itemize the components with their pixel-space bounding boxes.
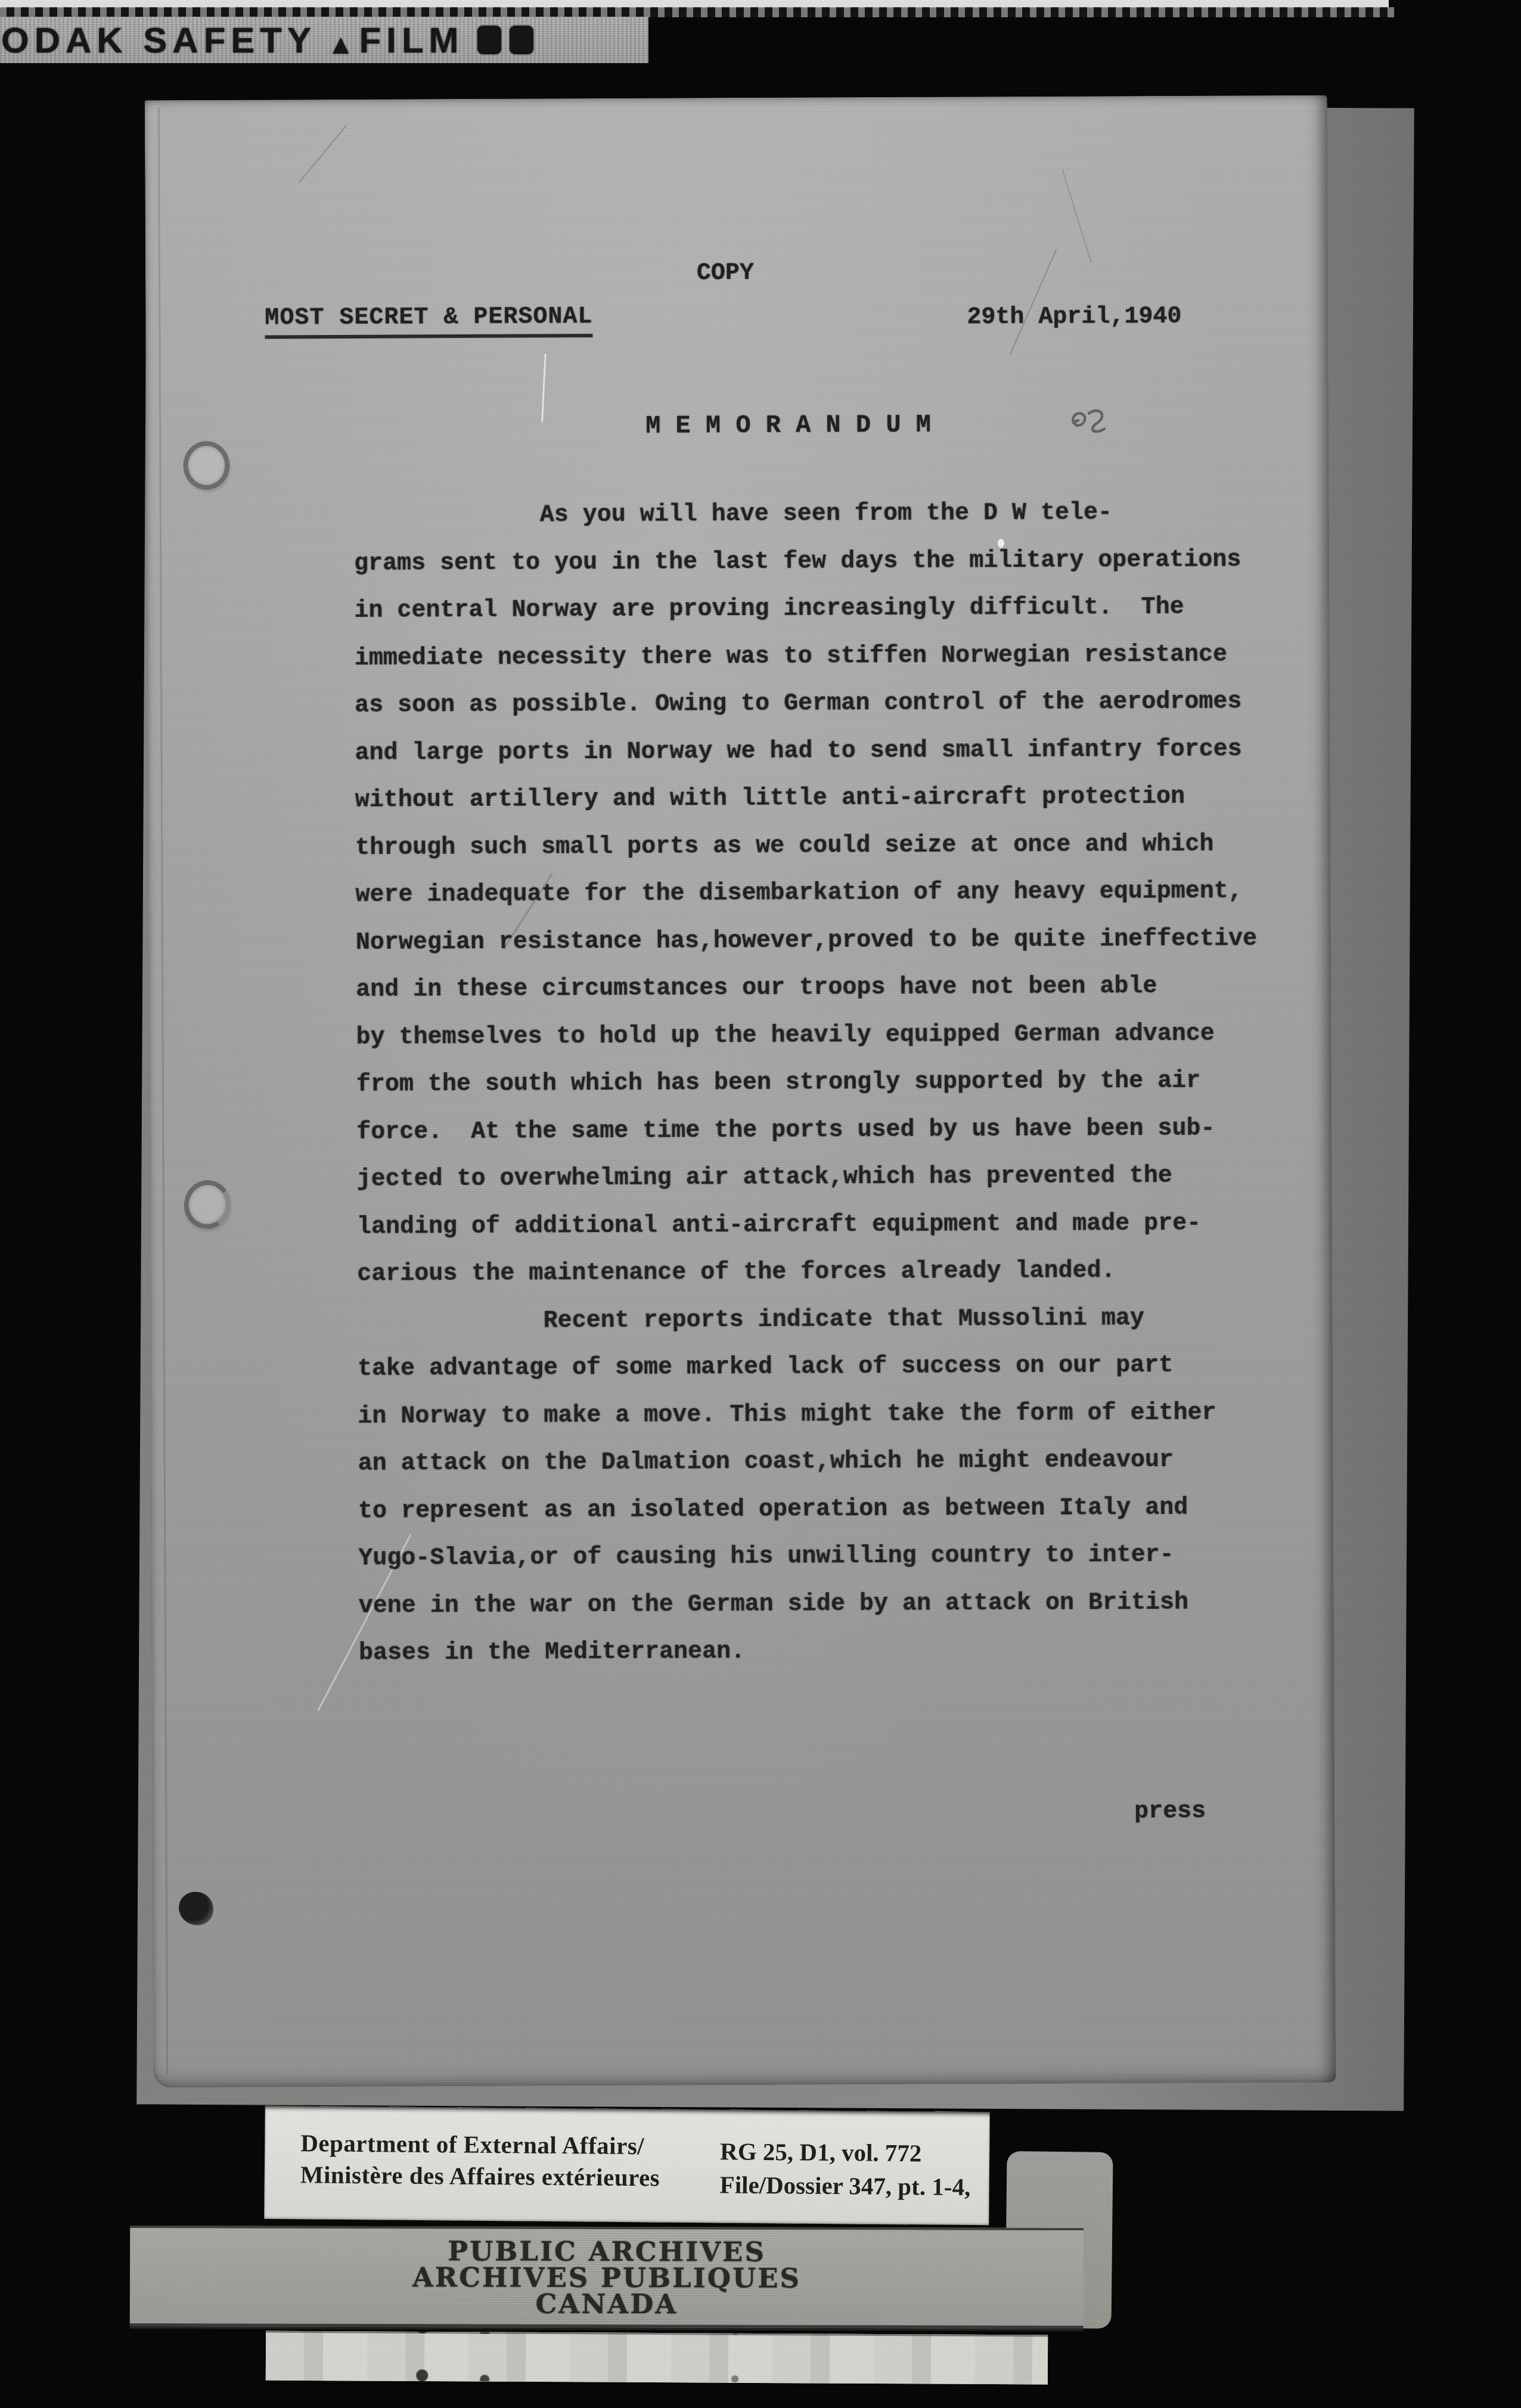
film-frame-marker-icon bbox=[477, 26, 501, 54]
memorandum-page: COPY MOST SECRET & PERSONAL 29th April,1… bbox=[145, 95, 1336, 2088]
record-group-reference: RG 25, D1, vol. 772 bbox=[720, 2134, 971, 2170]
department-name-french: Ministère des Affaires extérieures bbox=[300, 2159, 660, 2193]
public-archives-stamp: PUBLIC ARCHIVES ARCHIVES PUBLIQUES CANAD… bbox=[130, 2226, 1084, 2329]
paper-strip-fragment bbox=[266, 2331, 1048, 2385]
archive-reference-label: Department of External Affairs/ Ministèr… bbox=[264, 2106, 990, 2226]
film-scratch bbox=[299, 125, 347, 182]
film-edge-text-left: ODAK SAFETY bbox=[1, 20, 316, 61]
kodak-film-edge-marking: ODAK SAFETY ▲ FILM bbox=[0, 17, 648, 63]
film-frame-marker-icon bbox=[510, 26, 533, 54]
department-name-english: Department of External Affairs/ bbox=[300, 2127, 660, 2162]
document-date: 29th April,1940 bbox=[967, 303, 1181, 331]
ink-blot bbox=[179, 1892, 213, 1925]
handwritten-squiggle-icon bbox=[1069, 402, 1112, 439]
punch-hole bbox=[179, 1176, 235, 1233]
catchword: press bbox=[1134, 1798, 1206, 1826]
copy-label: COPY bbox=[697, 260, 754, 287]
film-edge-texture bbox=[0, 7, 1395, 17]
paper-crease bbox=[158, 107, 168, 2074]
film-scratch bbox=[1061, 169, 1092, 263]
film-scratch bbox=[541, 353, 547, 422]
film-scratch bbox=[1009, 249, 1057, 356]
classification-heading: MOST SECRET & PERSONAL bbox=[265, 303, 592, 339]
memorandum-title: M E M O R A N D U M bbox=[645, 411, 931, 440]
punch-hole bbox=[183, 441, 229, 490]
memorandum-body: As you will have seen from the D W tele-… bbox=[354, 489, 1261, 1677]
microfilm-frame: ODAK SAFETY ▲ FILM COPY MOST SECRET & PE… bbox=[0, 0, 1521, 2408]
file-dossier-reference: File/Dossier 347, pt. 1-4, bbox=[719, 2168, 970, 2204]
film-edge-text-right: FILM bbox=[359, 20, 464, 61]
archives-stamp-line3: CANADA bbox=[130, 2290, 1084, 2319]
triangle-marker-icon: ▲ bbox=[327, 28, 355, 60]
